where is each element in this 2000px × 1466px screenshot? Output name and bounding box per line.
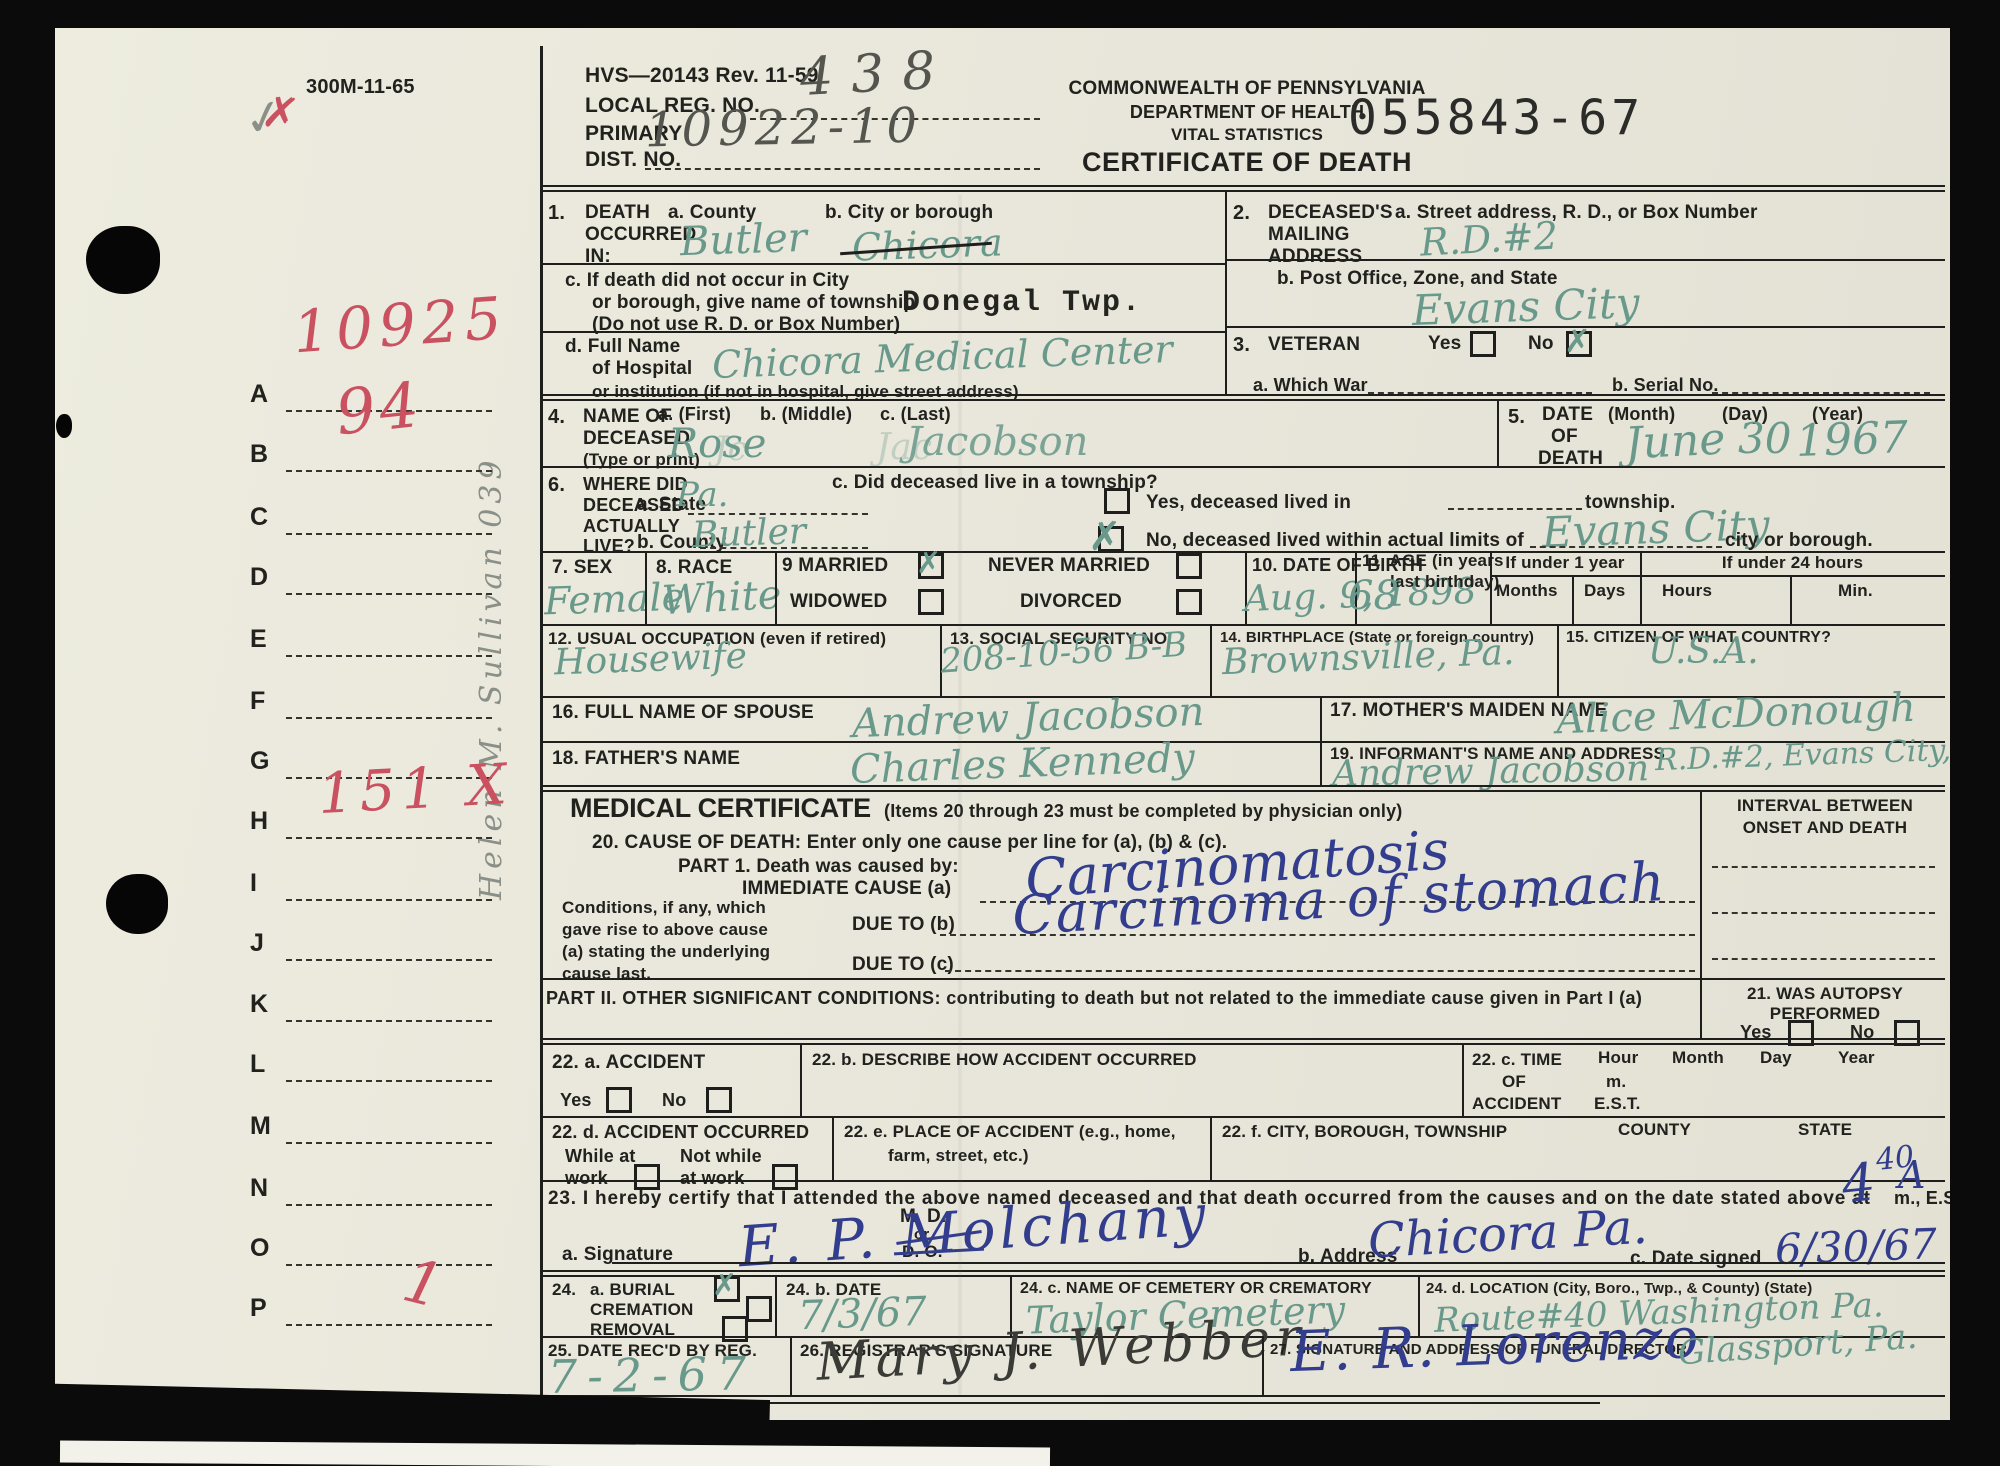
min-label: Min. — [1838, 581, 1873, 601]
s1d-label: d. Full Name — [565, 336, 680, 358]
s22f-label: 22. f. CITY, BOROUGH, TOWNSHIP — [1222, 1122, 1507, 1142]
s16-label: 16. FULL NAME OF SPOUSE — [552, 702, 814, 724]
rule — [540, 1116, 1945, 1118]
s22a-label: 22. a. ACCIDENT — [552, 1052, 705, 1074]
s1-no: 1. — [548, 202, 565, 225]
index-line-j — [286, 959, 492, 961]
maiden-name-value: Alice McDonough — [1555, 688, 1916, 741]
occupation-value: Housewife — [553, 639, 747, 682]
divider — [790, 1336, 792, 1396]
cause-c-line — [945, 970, 1695, 972]
county-col-label: COUNTY — [1618, 1120, 1691, 1140]
s6-label: WHERE DID — [583, 474, 688, 495]
work-label: work — [565, 1168, 608, 1189]
divider — [1572, 575, 1574, 624]
index-letter-b: B — [250, 440, 268, 469]
index-letter-m: M — [250, 1112, 271, 1141]
cremation-checkbox — [746, 1296, 772, 1322]
s2-no: 2. — [1233, 202, 1250, 225]
s5-label: OF — [1551, 426, 1578, 448]
physician-address: Chicora Pa. — [1367, 1203, 1649, 1266]
divider — [1462, 1043, 1464, 1116]
s9-divorced-label: DIVORCED — [1020, 591, 1122, 613]
never-married-checkbox — [1176, 553, 1202, 579]
interval-label: ONSET AND DEATH — [1705, 818, 1945, 838]
index-letter-l: L — [250, 1050, 265, 1079]
print-code: 300M-11-65 — [306, 76, 415, 99]
interval-label: INTERVAL BETWEEN — [1705, 796, 1945, 816]
s3-yes-label: Yes — [1428, 333, 1461, 355]
s22b-label: 22. b. DESCRIBE HOW ACCIDENT OCCURRED — [812, 1050, 1197, 1070]
signature-line — [612, 1262, 1945, 1264]
rule — [540, 1043, 1945, 1045]
divider — [1557, 624, 1559, 696]
index-letter-n: N — [250, 1174, 268, 1203]
funeral-director-signature: E. R. Lorenzo — [1289, 1311, 1701, 1381]
edge-nick — [56, 414, 72, 438]
divider — [645, 552, 647, 624]
s2a-street-value: R.D.#2 — [1419, 216, 1559, 261]
state-value: Pa. — [676, 478, 728, 512]
s22d-label: 22. d. ACCIDENT OCCURRED — [552, 1122, 809, 1143]
scan-background: 300M-11-65 ✓ ✗ Helen M. Sullivan 039 A B… — [0, 0, 2000, 1466]
rule — [540, 263, 1225, 265]
s1c-label: or borough, give name of township — [592, 292, 915, 314]
s6-label: LIVE? — [583, 536, 635, 557]
s2-label: ADDRESS — [1268, 246, 1362, 268]
s6-no-text: No, deceased lived within actual limits … — [1146, 530, 1524, 552]
township-no-mark: ✗ — [1088, 514, 1122, 560]
under24-label: If under 24 hours — [1640, 553, 1945, 573]
local-reg-value: 438 — [799, 44, 955, 104]
while-at-work-checkbox — [634, 1164, 660, 1190]
veteran-no-mark: ✗ — [1564, 322, 1591, 360]
s1c-township-value: Donegal Twp. — [902, 286, 1142, 320]
s1d-label: of Hospital — [592, 358, 692, 380]
father-name-value: Charles Kennedy — [849, 738, 1195, 790]
s2-label: DECEASED'S — [1268, 202, 1393, 224]
conditions-label: Conditions, if any, which — [562, 898, 766, 918]
divider — [1497, 399, 1499, 466]
index-letter-j: J — [250, 929, 264, 958]
index-letter-i: I — [250, 869, 257, 898]
s11-label: 11. AGE (in years — [1362, 551, 1504, 571]
s3b-label: b. Serial No. — [1612, 375, 1719, 396]
index-line-m — [286, 1142, 492, 1144]
not-while-label: Not while — [680, 1146, 762, 1167]
limits-line — [1530, 546, 1722, 548]
last-name-value: Jacobson — [906, 422, 1088, 462]
red-x-mark: ✗ — [259, 86, 303, 142]
certificate-sheet: 300M-11-65 ✓ ✗ Helen M. Sullivan 039 A B… — [55, 28, 1950, 1420]
m-est-label: m., E.S.T. — [1894, 1188, 1950, 1209]
due-b-label: DUE TO (b) — [852, 914, 955, 936]
form-left-border — [540, 46, 543, 1402]
death-month-value: June — [1624, 417, 1727, 466]
while-at-label: While at — [565, 1146, 636, 1167]
rule — [540, 1038, 1945, 1040]
birthplace-value: Brownsville, Pa. — [1221, 635, 1514, 681]
divider — [832, 1116, 834, 1180]
red-annotation-a: 10925 — [291, 289, 509, 362]
interval-line-c — [1712, 958, 1935, 960]
hour-label: Hour — [1598, 1048, 1638, 1068]
s6-no: 6. — [548, 474, 565, 497]
s6-city-suffix: city or borough. — [1725, 530, 1873, 552]
s5-no: 5. — [1508, 406, 1525, 429]
s21-label: 21. WAS AUTOPSY — [1705, 984, 1945, 1004]
s1c-label: c. If death did not occur in City — [565, 270, 849, 292]
index-line-f — [286, 717, 492, 719]
interval-line-a — [1712, 866, 1935, 868]
index-line-l — [286, 1080, 492, 1082]
index-letter-c: C — [250, 503, 268, 532]
s20-part1-label: PART 1. Death was caused by: — [678, 856, 959, 878]
file-number-stamp: 055843-67 — [1348, 90, 1644, 146]
rule — [540, 190, 1945, 192]
medical-title: MEDICAL CERTIFICATE — [570, 793, 871, 824]
accident-yes-checkbox — [606, 1087, 632, 1113]
rule — [540, 1270, 1945, 1272]
index-letter-f: F — [250, 687, 265, 716]
index-letter-p: P — [250, 1294, 267, 1323]
at-work-label: at work — [680, 1168, 744, 1189]
index-letter-o: O — [250, 1234, 270, 1263]
rule — [1490, 575, 1640, 577]
rule — [1640, 575, 1945, 577]
conditions-label: (a) stating the underlying — [562, 942, 770, 962]
s9-widowed-label: WIDOWED — [790, 591, 887, 613]
rule — [540, 394, 1945, 396]
due-c-label: DUE TO (c) — [852, 954, 954, 976]
divider — [800, 1043, 802, 1116]
index-line-d — [286, 593, 492, 595]
state-col-label: STATE — [1798, 1120, 1852, 1140]
primary-dist-line — [645, 168, 1040, 170]
certificate-title: CERTIFICATE OF DEATH — [1022, 147, 1472, 178]
s2b-postoffice-value: Evans City — [1411, 282, 1640, 332]
rule — [540, 790, 1945, 792]
time-hour-value: 4 — [1839, 1156, 1877, 1211]
year-label: Year — [1838, 1048, 1875, 1068]
s1d-hospital-value: Chicora Medical Center — [711, 330, 1173, 384]
s5-label: DATE — [1542, 404, 1593, 426]
days-label: Days — [1584, 581, 1625, 601]
index-letter-h: H — [250, 807, 268, 836]
s11-label: last birthday) — [1390, 572, 1500, 592]
s22c-label: 22. c. TIME — [1472, 1050, 1562, 1070]
divider — [1210, 1116, 1212, 1180]
s18-label: 18. FATHER'S NAME — [552, 748, 740, 770]
rule — [540, 1180, 1945, 1182]
s9-married-label: 9 MARRIED — [782, 555, 888, 577]
accident-no-label: No — [662, 1090, 686, 1111]
rule — [540, 185, 1945, 187]
s22c-label: OF — [1502, 1072, 1526, 1092]
s3-label: VETERAN — [1268, 334, 1360, 356]
s1-label: DEATH — [585, 202, 650, 224]
divider — [1262, 1336, 1264, 1396]
hours-label: Hours — [1662, 581, 1712, 601]
s4b-label: b. (Middle) — [760, 404, 852, 425]
removal-checkbox — [722, 1316, 748, 1342]
index-letter-g: G — [250, 747, 270, 776]
form-number: HVS—20143 Rev. 11-59 — [585, 64, 819, 88]
punch-hole-bottom — [106, 874, 168, 934]
s3-no-label: No — [1528, 333, 1554, 355]
divider — [1225, 190, 1227, 396]
certify-statement: 23. I hereby certify that I attended the… — [548, 1188, 1871, 1210]
index-line-b — [286, 470, 492, 472]
s4-no: 4. — [548, 406, 565, 429]
not-while-work-checkbox — [772, 1164, 798, 1190]
immediate-cause-label: IMMEDIATE CAUSE (a) — [742, 878, 951, 900]
s3a-label: a. Which War — [1253, 375, 1368, 396]
index-line-h — [286, 837, 492, 839]
divider — [775, 552, 777, 624]
index-line-p — [286, 1324, 492, 1326]
index-line-o — [286, 1264, 492, 1266]
s24-no: 24. — [552, 1280, 576, 1300]
interval-line-b — [1712, 912, 1935, 914]
accident-yes-label: Yes — [560, 1090, 592, 1111]
index-line-n — [286, 1204, 492, 1206]
divider — [1210, 624, 1212, 696]
red-annotation-h: 151 X — [317, 757, 514, 823]
index-letter-a: A — [250, 380, 268, 409]
divorced-checkbox — [1176, 589, 1202, 615]
accident-no-checkbox — [706, 1087, 732, 1113]
month-label: Month — [1672, 1048, 1724, 1068]
date-signed-label: c. Date signed — [1630, 1248, 1762, 1270]
s22c-label: ACCIDENT — [1472, 1094, 1561, 1114]
s1a-county-value: Butler — [679, 218, 807, 262]
burial-mark: ✗ — [712, 1268, 737, 1303]
rule — [540, 1395, 1945, 1397]
index-line-c — [286, 533, 492, 535]
rule — [540, 978, 1945, 980]
s2-label: MAILING — [1268, 224, 1350, 246]
day-label: Day — [1760, 1048, 1792, 1068]
est-label: E.S.T. — [1594, 1094, 1641, 1114]
months-label: Months — [1496, 581, 1558, 601]
primary-dist-value: 10922-10 — [645, 102, 924, 155]
rule — [1225, 259, 1945, 261]
red-annotation-p: 1 — [397, 1250, 449, 1317]
index-letter-e: E — [250, 625, 267, 654]
rule — [540, 1275, 1945, 1277]
index-letter-d: D — [250, 563, 268, 592]
rule — [540, 399, 1945, 401]
death-day-value: 30 — [1738, 418, 1791, 460]
divider — [775, 1275, 777, 1336]
punch-hole-top — [86, 226, 160, 294]
rule — [540, 624, 1945, 626]
divider — [1320, 741, 1322, 785]
township-yes-checkbox — [1104, 488, 1130, 514]
divider — [1790, 575, 1792, 624]
first-name-ghost: Jc — [714, 432, 747, 466]
death-year-value: 1967 — [1795, 416, 1908, 464]
widowed-checkbox — [918, 589, 944, 615]
conditions-label: cause last. — [562, 964, 651, 984]
divider — [1320, 696, 1322, 741]
veteran-yes-checkbox — [1470, 331, 1496, 357]
divider — [1700, 790, 1702, 1040]
rule — [540, 466, 1945, 468]
burial-label: a. BURIAL — [590, 1280, 675, 1300]
under1-label: If under 1 year — [1490, 553, 1640, 573]
s6-yes-text: Yes, deceased lived in — [1146, 492, 1351, 514]
county-line — [700, 547, 868, 549]
citizen-value: U.S.A. — [1648, 634, 1759, 670]
fold-crease — [958, 195, 962, 1395]
index-line-k — [286, 1020, 492, 1022]
s7-label: 7. SEX — [552, 557, 612, 579]
certificate-paper: 300M-11-65 ✓ ✗ Helen M. Sullivan 039 A B… — [55, 28, 1950, 1420]
rule — [540, 785, 1945, 787]
race-value: White — [661, 575, 782, 621]
cremation-label: CREMATION — [590, 1300, 693, 1320]
paper-edge-below — [60, 1441, 1050, 1466]
index-letter-k: K — [250, 990, 268, 1019]
s9-never-label: NEVER MARRIED — [988, 555, 1150, 577]
part2-label: PART II. OTHER SIGNIFICANT CONDITIONS: c… — [546, 988, 1642, 1009]
married-mark: ✗ — [916, 546, 941, 581]
date-received-value: 7-2-67 — [548, 1350, 757, 1400]
m-label: m. — [1606, 1072, 1626, 1092]
index-line-e — [286, 655, 492, 657]
conditions-label: gave rise to above cause — [562, 920, 768, 940]
s22e-label: 22. e. PLACE OF ACCIDENT (e.g., home, — [844, 1122, 1176, 1142]
red-annotation-b: 94 — [333, 374, 426, 445]
s3-no: 3. — [1233, 334, 1250, 357]
index-line-i — [286, 899, 492, 901]
age-value: 68 — [1348, 576, 1399, 616]
